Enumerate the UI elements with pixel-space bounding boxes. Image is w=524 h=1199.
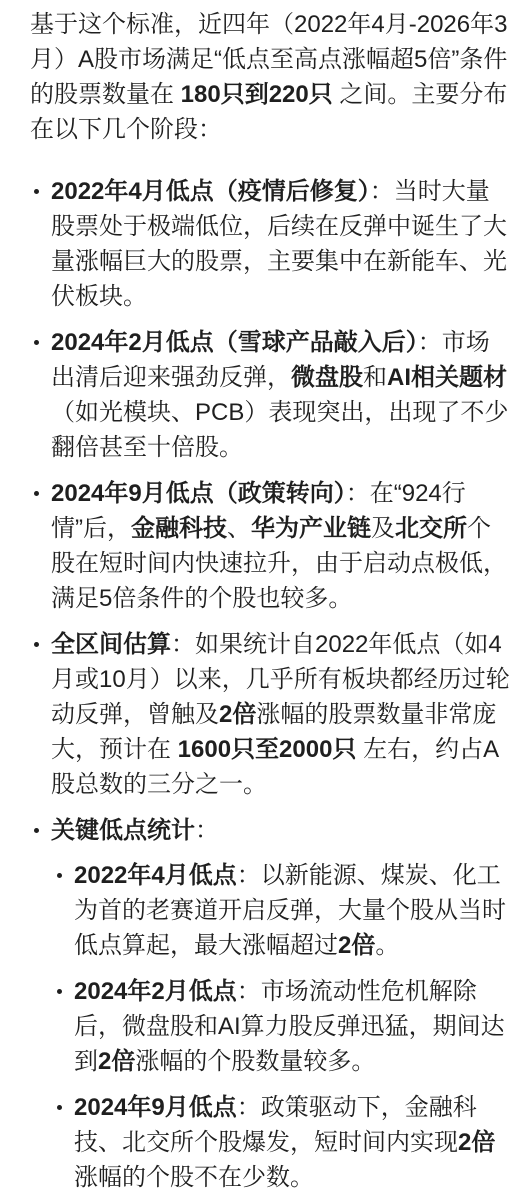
bullet-icon	[53, 974, 74, 1079]
list-item-text: 2024年9月低点（政策转向）：在“924行情”后，金融科技、华为产业链及北交所…	[51, 476, 512, 616]
bullet-icon	[30, 325, 51, 465]
sublist-item-2024-09-low: 2024年9月低点：政策驱动下，金融科技、北交所个股爆发，短时间内实现2倍涨幅的…	[53, 1090, 512, 1195]
intro-paragraph: 基于这个标准，近四年（2022年4月-2026年3月）A股市场满足“低点至高点涨…	[30, 7, 512, 147]
list-item-text: 全区间估算：如果统计自2022年低点（如4月或10月）以来，几乎所有板块都经历过…	[51, 627, 512, 802]
list-item-key-low-stats: 关键低点统计： 2022年4月低点：以新能源、煤炭、化工为首的老赛道开启反弹，大…	[30, 813, 512, 1195]
sublist-item-2022-04-low: 2022年4月低点：以新能源、煤炭、化工为首的老赛道开启反弹，大量个股从当时低点…	[53, 858, 512, 963]
sublist-item-2024-02-low: 2024年2月低点：市场流动性危机解除后，微盘股和AI算力股反弹迅猛，期间达到2…	[53, 974, 512, 1079]
list-item-2024-09-low: 2024年9月低点（政策转向）：在“924行情”后，金融科技、华为产业链及北交所…	[30, 476, 512, 616]
bullet-icon	[30, 476, 51, 616]
bullet-icon	[53, 1090, 74, 1195]
bullet-icon	[30, 627, 51, 802]
list-item-text: 关键低点统计：	[51, 813, 512, 848]
list-item-2024-02-low: 2024年2月低点（雪球产品敲入后）：市场出清后迎来强劲反弹，微盘股和AI相关题…	[30, 325, 512, 465]
list-item-full-range-estimate: 全区间估算：如果统计自2022年低点（如4月或10月）以来，几乎所有板块都经历过…	[30, 627, 512, 802]
sublist-item-text: 2024年9月低点：政策驱动下，金融科技、北交所个股爆发，短时间内实现2倍涨幅的…	[74, 1090, 512, 1195]
list-item-body: 关键低点统计： 2022年4月低点：以新能源、煤炭、化工为首的老赛道开启反弹，大…	[51, 813, 512, 1195]
message-content: 基于这个标准，近四年（2022年4月-2026年3月）A股市场满足“低点至高点涨…	[30, 7, 512, 1195]
bullet-icon	[30, 813, 51, 1195]
key-low-sublist: 2022年4月低点：以新能源、煤炭、化工为首的老赛道开启反弹，大量个股从当时低点…	[53, 858, 512, 1195]
list-item-2022-04-low: 2022年4月低点（疫情后修复）：当时大量股票处于极端低位，后续在反弹中诞生了大…	[30, 174, 512, 314]
stage-list: 2022年4月低点（疫情后修复）：当时大量股票处于极端低位，后续在反弹中诞生了大…	[30, 174, 512, 1195]
list-item-text: 2024年2月低点（雪球产品敲入后）：市场出清后迎来强劲反弹，微盘股和AI相关题…	[51, 325, 512, 465]
bullet-icon	[53, 858, 74, 963]
bullet-icon	[30, 174, 51, 314]
list-item-text: 2022年4月低点（疫情后修复）：当时大量股票处于极端低位，后续在反弹中诞生了大…	[51, 174, 512, 314]
sublist-item-text: 2024年2月低点：市场流动性危机解除后，微盘股和AI算力股反弹迅猛，期间达到2…	[74, 974, 512, 1079]
sublist-item-text: 2022年4月低点：以新能源、煤炭、化工为首的老赛道开启反弹，大量个股从当时低点…	[74, 858, 512, 963]
